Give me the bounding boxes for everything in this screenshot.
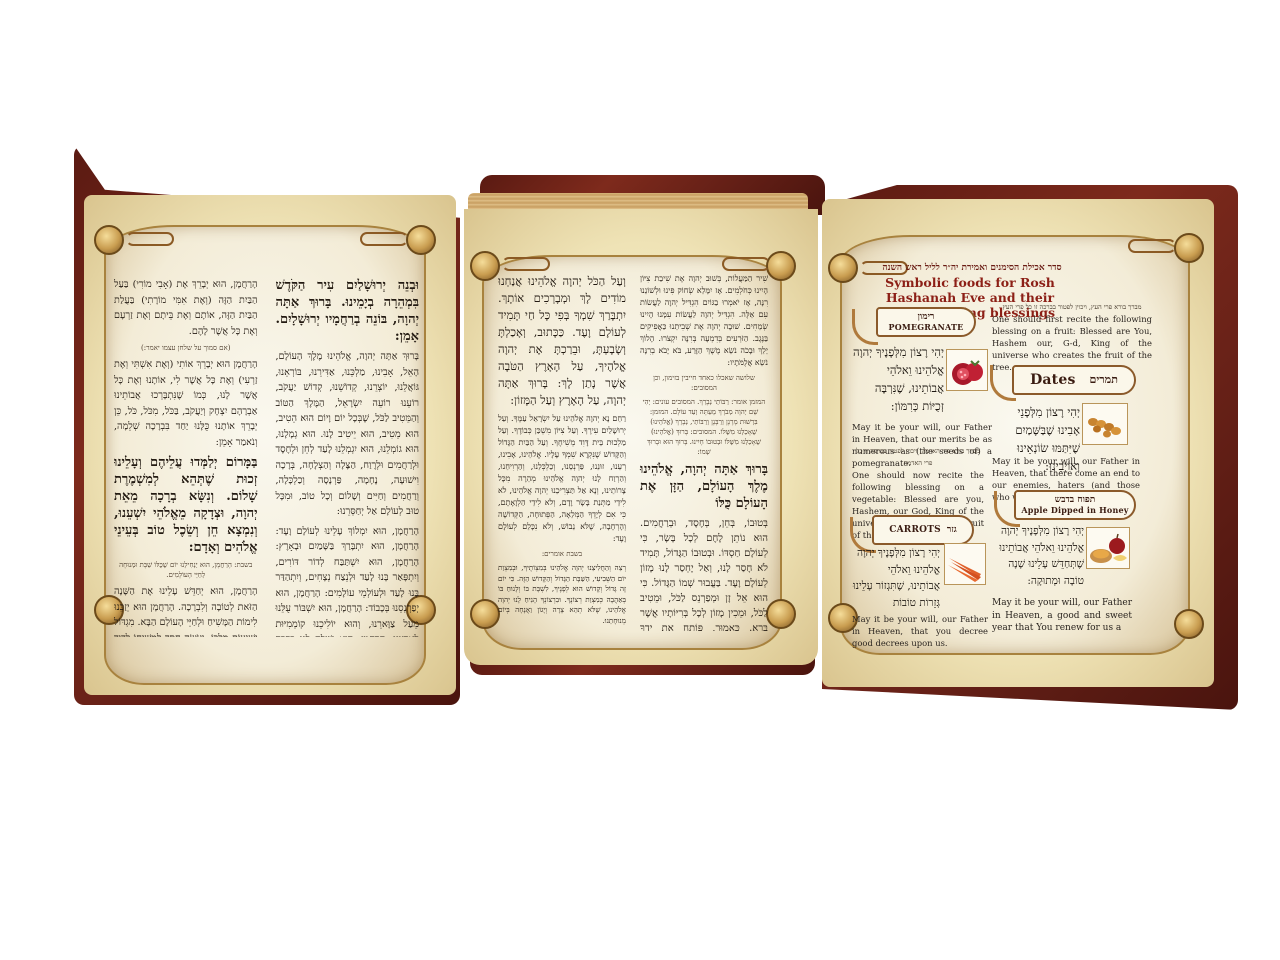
middle-text-columns: שִׁיר הַמַּעֲלוֹת, בְּשׁוּב יְהוָה אֶת ש… [498, 273, 768, 631]
prayer-paragraph: בָּרוּךְ אַתָּה יְהוָה, אֱלֹהֵינוּ מֶלֶך… [276, 349, 420, 520]
left-text-columns: וּבְנֵה יְרוּשָׁלַיִם עִיר הַקֹּדֶשׁ בִּ… [114, 277, 419, 637]
right-panel: סדר אכילת הסימנים ואמירת יה״ר לליל ראש ה… [822, 185, 1238, 710]
ornament-knob [828, 253, 858, 283]
ornament-knob [406, 225, 436, 255]
ornament-knob [766, 251, 796, 281]
pomegranate-icon [947, 350, 987, 390]
scroll-ornament [360, 232, 408, 246]
label-carrots: CARROTS גזר [872, 515, 974, 545]
label-english: POMEGRANATE [889, 322, 964, 332]
dates-icon [1083, 404, 1127, 444]
blessing-hebrew-pomegranate: יְהִי רָצוֹן מִלְּפָנֶיךָ יְהוָה אֱלֹהֵי… [852, 343, 944, 415]
label-english: Apple Dipped in Honey [1021, 505, 1128, 515]
ornament-knob [94, 225, 124, 255]
blessing-english-apple-honey: May it be your will, our Father in Heave… [992, 597, 1132, 635]
label-apple-honey: תפוח בדבש Apple Dipped in Honey [1014, 490, 1136, 520]
prayer-paragraph: אֱלֹהֵינוּ וֵאלֹהֵי אֲבוֹתֵינוּ, יַעֲלֶה… [498, 630, 626, 631]
apple-honey-icon [1087, 528, 1129, 568]
carrots-image [944, 543, 986, 585]
instruction-note: שלושה שאכלו כאחד חייבין בזימון, וכן המסו… [640, 373, 768, 393]
left-column-right: וּבְנֵה יְרוּשָׁלַיִם עִיר הַקֹּדֶשׁ בִּ… [276, 277, 420, 637]
dates-image [1082, 403, 1128, 445]
prayer-paragraph: רְצֵה וְהַחֲלִיצֵנוּ יְהוָה אֱלֹהֵינוּ ב… [498, 563, 626, 626]
middle-column-right: שִׁיר הַמַּעֲלוֹת, בְּשׁוּב יְהוָה אֶת ש… [640, 273, 768, 631]
ornament-knob [1174, 609, 1204, 639]
scroll-ornament [502, 257, 550, 271]
instruction-note: בשבת אומרים: [498, 549, 626, 559]
ornament-knob [766, 599, 796, 629]
label-hebrew: רימון [918, 312, 935, 322]
prayer-paragraph: בַּמָּרוֹם יְלַמְּדוּ עֲלֵיהֶם וְעָלֵינו… [114, 454, 258, 556]
instruction-note: בשבת: הָרַחֲמָן, הוּא יַנְחִילֵנוּ יוֹם … [114, 560, 258, 580]
label-hebrew: תמרים [1090, 375, 1118, 385]
label-dates: Dates תמרים [1012, 365, 1136, 395]
prayer-paragraph: שִׁיר הַמַּעֲלוֹת, בְּשׁוּב יְהוָה אֶת ש… [640, 273, 768, 369]
instruction-note: (אם סמוך על שלחן עצמו יאמר:) [114, 343, 258, 353]
label-english: Dates [1030, 375, 1075, 385]
scroll-ornament [1128, 239, 1176, 253]
prayer-paragraph: רַחֵם נָא יְהוָה אֱלֹהֵינוּ עַל יִשְׂרָא… [498, 413, 626, 545]
prayer-paragraph: הָרַחֲמָן הוּא יְבָרֵךְ אוֹתִי (וְאֶת אִ… [114, 357, 258, 450]
instruction-note: המזמן אומר: רַבּוֹתַי נְבָרֵךְ. המסובים … [640, 397, 768, 457]
hebrew-note: מברך בורא פרי האדמה, ויכוין לפטור בברכה … [852, 445, 984, 469]
blessing-hebrew-apple-honey: יְהִי רָצוֹן מִלְּפָנֶיךָ יְהוָה אֱלֹהֵי… [992, 523, 1084, 589]
prayer-paragraph: הָרַחֲמָן, הוּא יְחַדֵּשׁ עָלֵינוּ אֶת ה… [114, 584, 258, 637]
title-hebrew: סדר אכילת הסימנים ואמירת יה״ר לליל ראש ה… [872, 262, 1072, 273]
label-hebrew: תפוח בדבש [1055, 495, 1096, 505]
hebrew-note: מברך בורא פרי העץ, ויכוין לפטור בברכה זו… [992, 301, 1152, 313]
carrots-icon [945, 544, 985, 584]
ornament-knob [470, 599, 500, 629]
prayer-paragraph: בְּטוּבוֹ, בְּחֵן, בְּחֶסֶד, וּבְרַחֲמִי… [640, 516, 768, 631]
middle-column-left: וְעַל הַכֹּל יְהוָה אֱלֹהֵינוּ אֲנַחְנוּ… [498, 273, 626, 631]
label-hebrew: גזר [947, 525, 957, 535]
label-english: CARROTS [889, 525, 941, 535]
label-pomegranate: רימון POMEGRANATE [876, 307, 976, 337]
scroll-ornament [126, 232, 174, 246]
apple-honey-image [1086, 527, 1130, 569]
blessing-hebrew-carrots: יְהִי רָצוֹן מִלְּפָנֶיךָ יְהוָה אֱלֹהֵי… [852, 545, 940, 611]
blessing-english-carrots: May it be your will, our Father in Heave… [852, 613, 988, 649]
ornament-knob [1174, 233, 1204, 263]
intro-text: One should first recite the following bl… [992, 314, 1152, 372]
left-column-left: הָרַחֲמָן, הוּא יְבָרֵךְ אֶת (אָבִי מוֹר… [114, 277, 258, 637]
prayer-paragraph: בָּרוּךְ אַתָּה יְהוָה, אֱלֹהֵינוּ מֶלֶך… [640, 461, 768, 512]
pomegranate-image [946, 349, 988, 391]
scroll-ornament [722, 257, 770, 271]
fruit-blessing-intro: מברך בורא פרי העץ, ויכוין לפטור בברכה זו… [992, 301, 1152, 373]
prayer-paragraph: וְעַל הַכֹּל יְהוָה אֱלֹהֵינוּ אֲנַחְנוּ… [498, 273, 626, 409]
ornament-knob [470, 251, 500, 281]
prayer-paragraph: וּבְנֵה יְרוּשָׁלַיִם עִיר הַקֹּדֶשׁ בִּ… [276, 277, 420, 345]
prayer-paragraph: הָרַחֲמָן, הוּא יִמְלוֹךְ עָלֵינוּ לְעוֹ… [276, 524, 420, 638]
middle-panel: שִׁיר הַמַּעֲלוֹת, בְּשׁוּב יְהוָה אֶת ש… [460, 175, 825, 695]
left-panel: וּבְנֵה יְרוּשָׁלַיִם עִיר הַקֹּדֶשׁ בִּ… [74, 145, 460, 705]
prayer-paragraph: הָרַחֲמָן, הוּא יְבָרֵךְ אֶת (אָבִי מוֹר… [114, 277, 258, 339]
